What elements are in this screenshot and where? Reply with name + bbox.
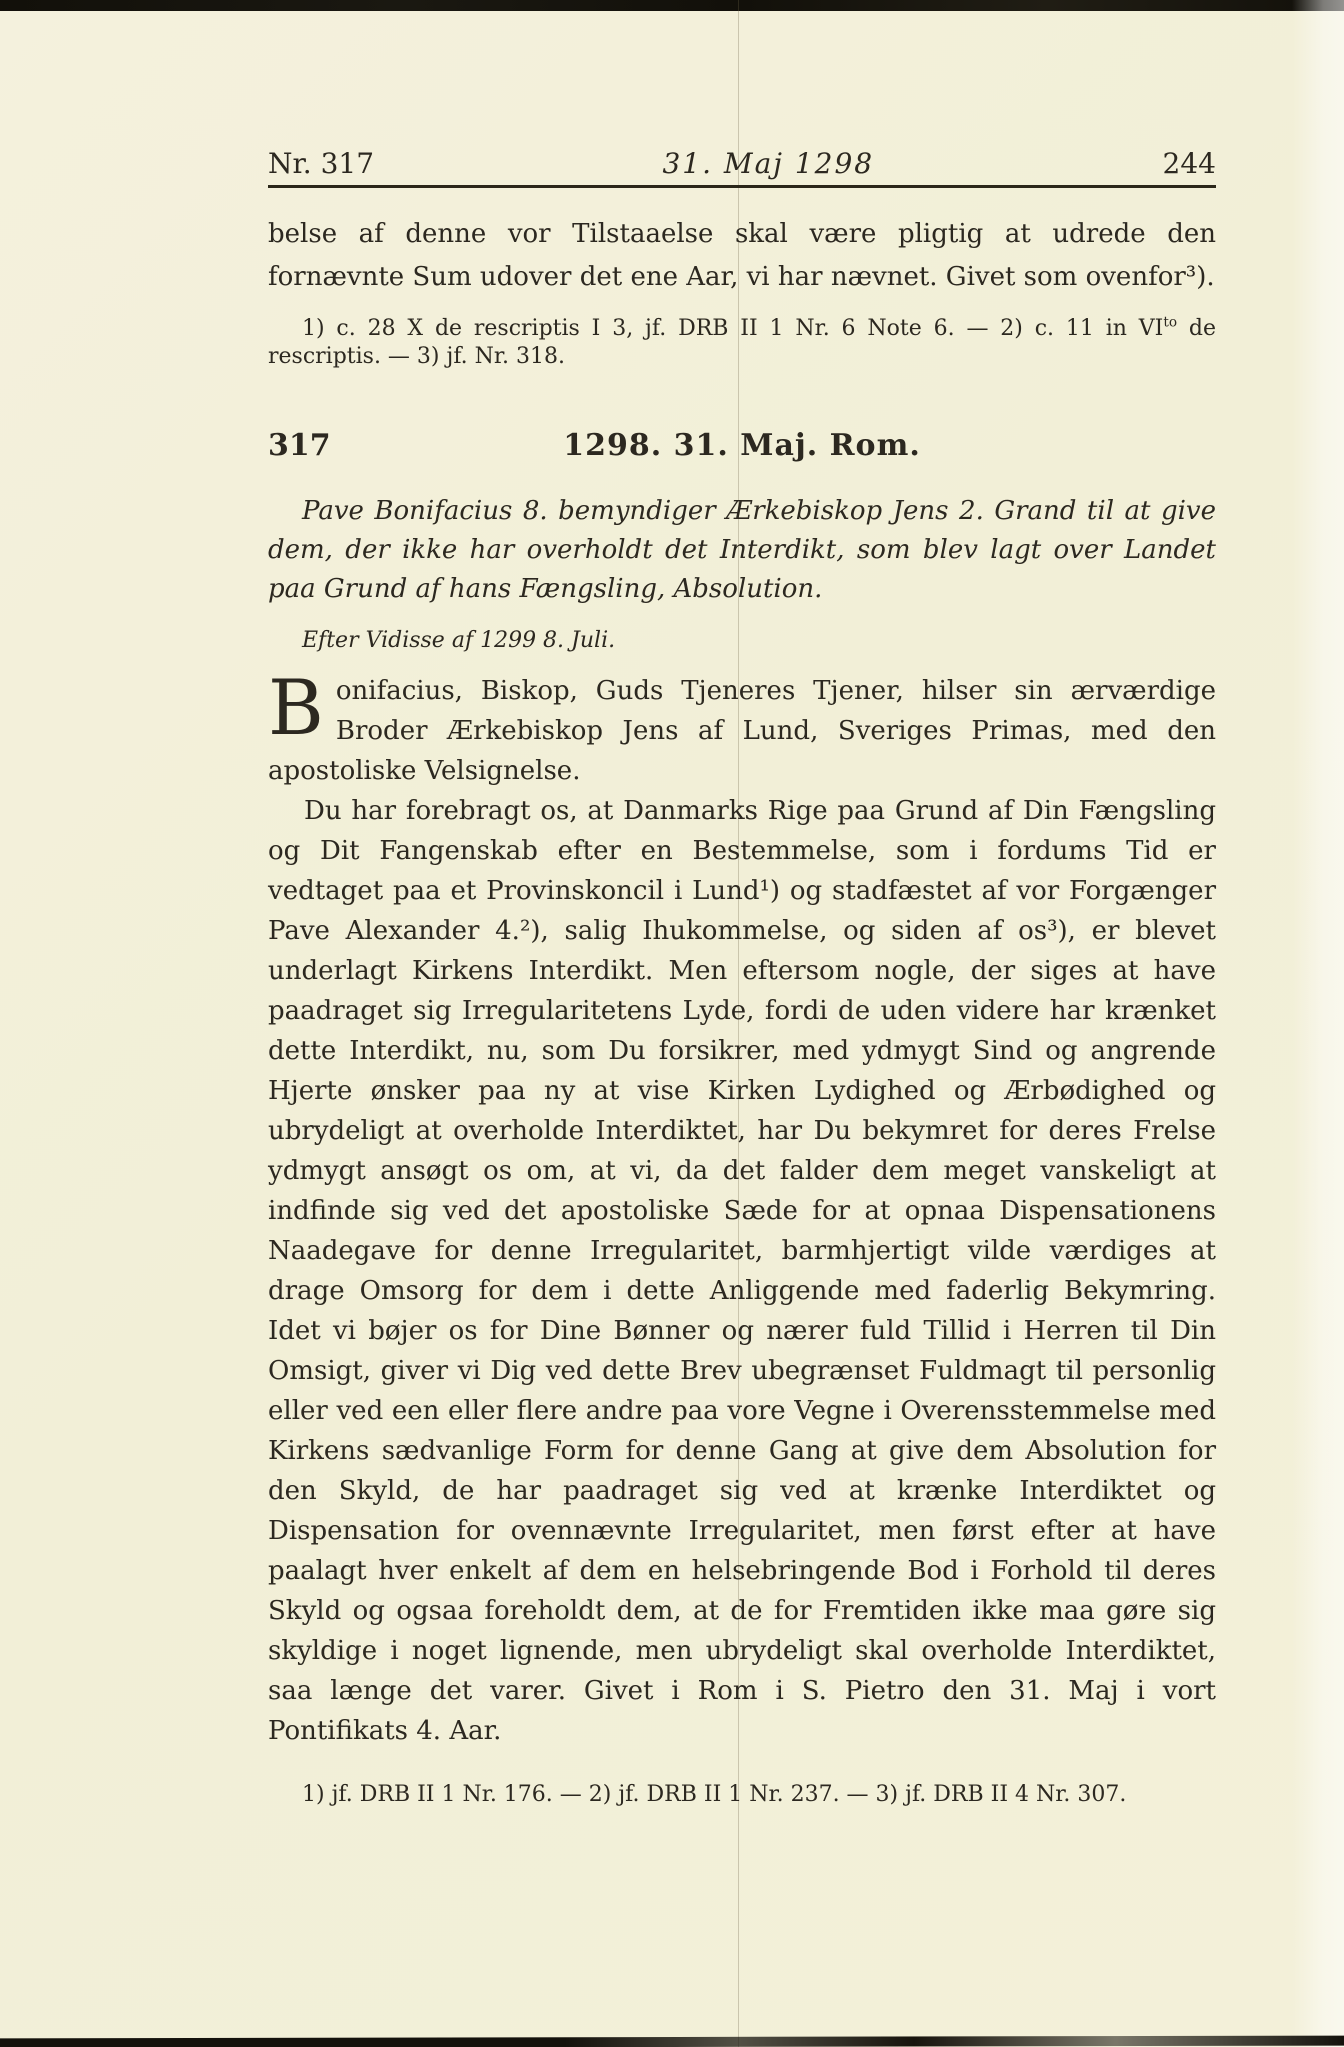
entry-summary: Pave Bonifacius 8. bemyndiger Ærkebiskop… (268, 492, 1216, 609)
opening-text: onifacius, Biskop, Guds Tjeneres Tjener,… (268, 676, 1216, 786)
drop-cap: B (268, 671, 336, 738)
entry-source-note: Efter Vidisse af 1299 8. Juli. (302, 628, 1216, 654)
running-header: Nr. 317 31. Maj 1298 244 (268, 148, 1216, 180)
entry-body: Du har forebragt os, at Danmarks Rige pa… (268, 791, 1216, 1751)
header-entry-number: Nr. 317 (268, 148, 374, 180)
footnote-text-pre: 1) c. 28 X de rescriptis I 3, jf. DRB II… (302, 316, 1163, 341)
scan-top-edge (0, 0, 1344, 11)
footnote-superscript: to (1163, 315, 1177, 331)
entry-number: 317 (268, 429, 331, 463)
footnotes-entry: 1) jf. DRB II 1 Nr. 176. — 2) jf. DRB II… (268, 1781, 1216, 1809)
header-dateline: 31. Maj 1298 (662, 148, 874, 180)
scan-bottom-edge (0, 2036, 1344, 2047)
entry-dateline: 1298. 31. Maj. Rom. (563, 428, 921, 463)
previous-entry-continuation: belse af denne vor Tilstaaelse skal være… (268, 213, 1216, 299)
footnotes-previous-entry: 1) c. 28 X de rescriptis I 3, jf. DRB II… (268, 315, 1216, 371)
text-column: Nr. 317 31. Maj 1298 244 belse af denne … (268, 148, 1216, 1809)
entry-heading: 317 1298. 31. Maj. Rom. (268, 429, 1216, 463)
header-rule (268, 185, 1216, 188)
scan-right-edge (1292, 0, 1344, 2047)
header-page-number: 244 (1163, 148, 1216, 180)
entry-opening: Bonifacius, Biskop, Guds Tjeneres Tjener… (268, 671, 1216, 791)
